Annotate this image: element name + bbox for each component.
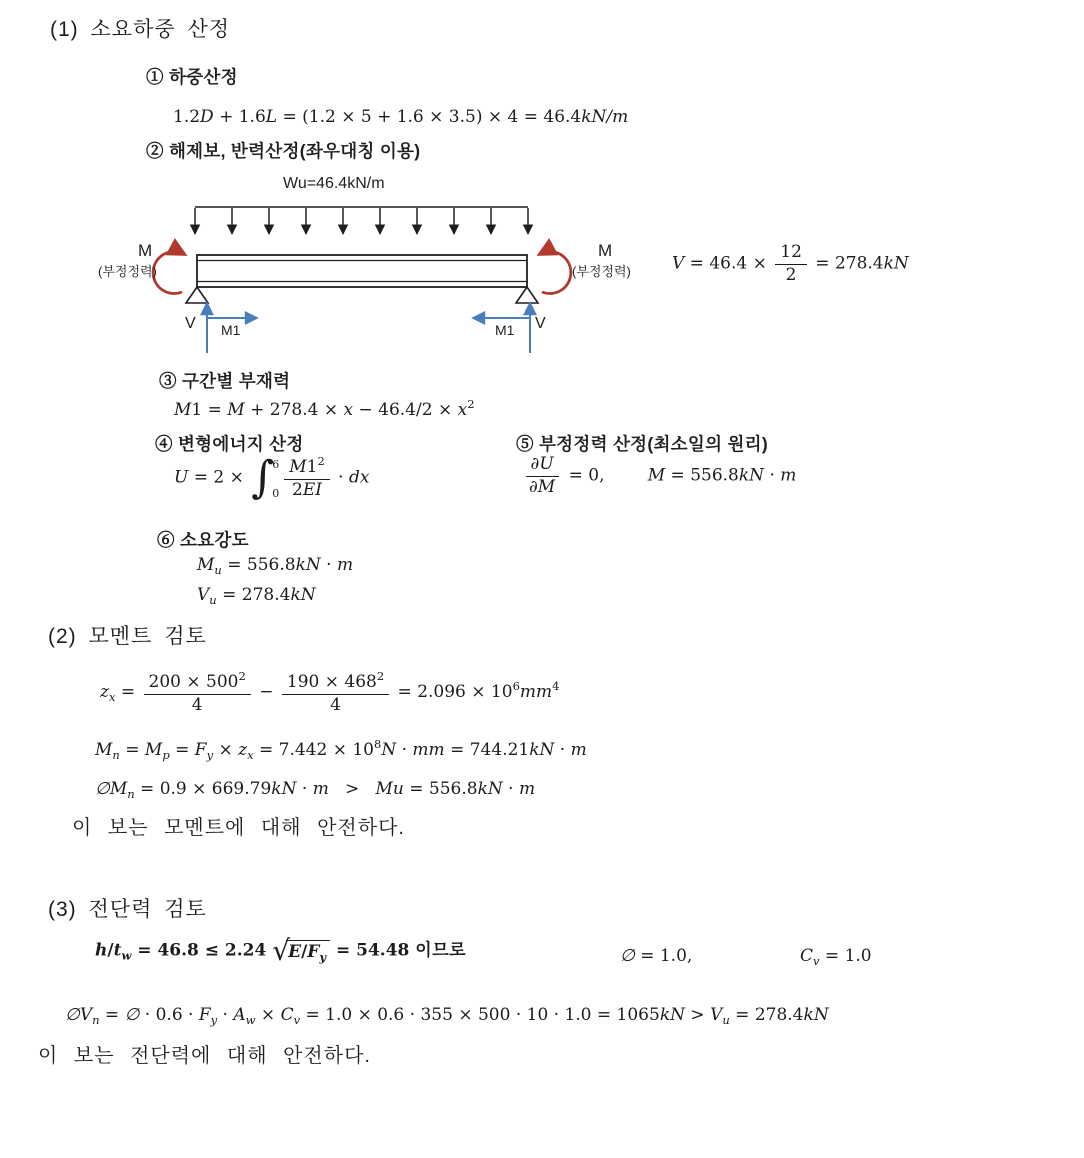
redundant-force-title: ⑤ 부정정력 산정(최소일의 원리)	[516, 431, 768, 456]
reaction-arrows	[207, 304, 530, 353]
distributed-load-arrows	[195, 207, 528, 234]
beam-member	[197, 255, 527, 287]
design-moment-check-equation: ∅Mn = 0.9 × 669.79kN · m > Mu = 556.8kN …	[95, 779, 535, 801]
distributed-load-label: Wu=46.4kN/m	[283, 175, 385, 193]
right-span-moment-label: M1	[495, 322, 514, 338]
right-shear-label: V	[535, 315, 546, 333]
member-force-equation: M1 = M + 278.4 × x − 46.4/2 × x2	[174, 397, 475, 421]
strain-energy-title: ④ 변형에너지 산정	[155, 431, 304, 456]
cv-value: Cv = 1.0	[800, 946, 872, 968]
right-moment-note: (부정정력)	[572, 261, 631, 280]
required-moment-equation: Mu = 556.8kN · m	[197, 555, 353, 577]
shear-reaction-equation: V = 46.4 × 122 = 278.4kN	[672, 243, 909, 285]
section2-heading: (2) 모멘트 검토	[48, 620, 207, 650]
left-span-moment-label: M1	[221, 322, 240, 338]
left-support	[186, 287, 208, 303]
strain-energy-equation: U = 2 × ∫60M122EI · dx	[174, 455, 369, 501]
phi-value: ∅ = 1.0,	[620, 946, 692, 967]
shear-safety-conclusion: 이 보는 전단력에 대해 안전하다.	[38, 1039, 371, 1068]
design-shear-check-equation: ∅Vn = ∅ · 0.6 · Fy · Aw × Cv = 1.0 × 0.6…	[65, 1005, 829, 1027]
left-shear-label: V	[185, 315, 196, 333]
redundant-force-equation: ∂U∂M = 0, M = 556.8kN · m	[521, 455, 796, 497]
section3-heading: (3) 전단력 검토	[48, 893, 207, 923]
beam-diagram: Wu=46.4kN/m M (부정정력) M (부정정력) V M1 M1 V	[90, 170, 710, 370]
left-moment-arc	[153, 252, 184, 294]
moment-safety-conclusion: 이 보는 모멘트에 대해 안전하다.	[72, 811, 405, 840]
member-force-title: ③ 구간별 부재력	[159, 368, 290, 393]
right-support	[516, 287, 538, 303]
plastic-modulus-equation: zx = 200 × 50024 − 190 × 46824 = 2.096 ×…	[100, 670, 559, 715]
left-moment-note: (부정정력)	[98, 261, 157, 280]
right-moment-label: M	[598, 241, 612, 261]
web-slenderness-equation: h/tw = 46.8 ≤ 2.24 √E/Fy = 54.48 이므로	[95, 937, 466, 965]
calc-document: (1) 소요하중 산정 ① 하중산정 1.2D + 1.6L = (1.2 × …	[0, 0, 1084, 1158]
nominal-moment-equation: Mn = Mp = Fy × zx = 7.442 × 108N · mm = …	[95, 737, 587, 762]
released-beam-title: ② 해제보, 반력산정(좌우대칭 이용)	[146, 138, 420, 163]
load-calc-title: ① 하중산정	[146, 64, 238, 89]
right-moment-arc	[540, 252, 571, 294]
left-moment-label: M	[138, 241, 152, 261]
section1-heading: (1) 소요하중 산정	[50, 13, 230, 43]
required-strength-title: ⑥ 소요강도	[157, 527, 249, 552]
required-shear-equation: Vu = 278.4kN	[197, 585, 316, 607]
factored-load-equation: 1.2D + 1.6L = (1.2 × 5 + 1.6 × 3.5) × 4 …	[173, 107, 628, 128]
